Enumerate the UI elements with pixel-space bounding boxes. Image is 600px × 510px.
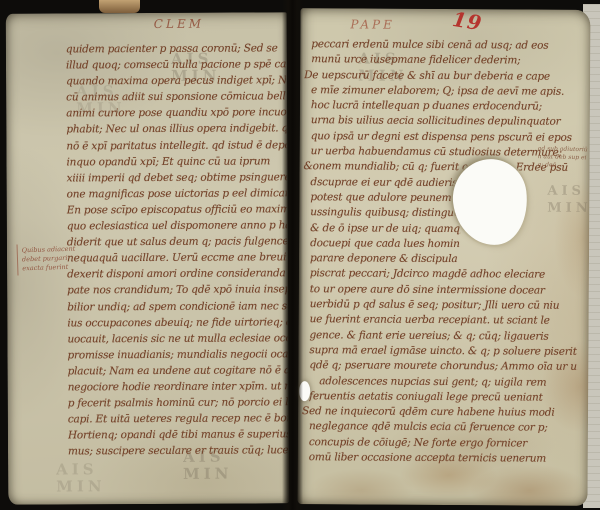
manuscript-line: ius occupacones abeuiq; ne fide uirtorie…	[67, 316, 287, 333]
manuscript-line: pate nos crandidum; To qdē xpō inuia ins…	[67, 284, 287, 301]
manuscript-line: ussingulis quibusq; distinguere;	[310, 206, 460, 222]
manuscript-line: feruentis aetatis coniugali lege precū u…	[309, 390, 577, 407]
manuscript-line: cū animus adiit sui sponsione cōmicua be…	[66, 91, 286, 108]
manuscript-line: supra mā erael igmāse uincto. & q; p sol…	[309, 344, 577, 361]
folio-number: 19	[451, 7, 484, 36]
manuscript-line: En pose scīpo episcopatus officiū eo max…	[67, 203, 287, 220]
manuscript-line: quo eclesiastica uel dispomonere anno p …	[67, 219, 287, 236]
manuscript-line: bilior undiq; ad spem condicionē iam nec…	[67, 300, 287, 317]
manuscript-line: & de ō ipse ur de uiq; quamq; nell	[310, 222, 460, 238]
manuscript-line: munū urce iusepmane fidelicer dederim;	[311, 53, 579, 70]
manuscript-line: docuepi que cada lues hominū	[310, 237, 460, 253]
manuscript-line: gence. & fiant erie uereius; & q; cūq; l…	[309, 329, 577, 346]
manuscript-line: ue fuerint erancia uerba recepiant. ut s…	[310, 314, 578, 331]
manuscript-line: adolescences nupcias sui gent; q; uigila…	[319, 375, 577, 392]
manuscript-line: parare deponere & discipula pignis	[310, 252, 460, 268]
manuscript-line: omū liber occasione accepta ternicis uen…	[309, 451, 577, 468]
manuscript-line: Hortienq; opandi qdē tibi manus ē superi…	[68, 429, 288, 446]
manuscript-line: e mīe zimuner elaborem; Q; ipsa de aevī …	[311, 84, 579, 101]
show-through-text: AIS MIN	[56, 461, 106, 495]
manuscript-line: capi. Et uitā ueteres regula recep nec ē…	[68, 412, 288, 429]
manuscript-line: diderit que ut salus deum q; pacis fulge…	[67, 235, 287, 252]
manuscript-line: quando maxima opera pecus indiget xpī; N…	[66, 74, 286, 91]
manuscript-line: De uepscurū facete & shī au bur deberia …	[304, 69, 579, 86]
manuscript-line: placuit; Nam ea undene aut cogitare nō ē…	[68, 364, 288, 381]
manuscript-line: uerbidū p qd salus ē seq; positur; Jlli …	[310, 298, 578, 315]
manuscript-line: concupis de cōiugē; Ne forte ergo fornic…	[309, 436, 577, 453]
manuscript-line: urna bis uilius aecia sollicitudines dep…	[311, 115, 579, 132]
left-page: AIS MIN AIS MIN AIS MIN AIS MIN CLEM qui…	[6, 12, 290, 504]
manuscript-line: phabit; Nec ul onas illius opera indigeb…	[66, 123, 286, 140]
manuscript-line: xiiii imperii qd debet seq; obtime psing…	[67, 171, 287, 188]
manuscript-line: neglegance qdē mulcis ecia cū feruence c…	[309, 421, 577, 438]
manuscript-line: dexerit disponi amori ordine considerand…	[67, 268, 287, 285]
manuscript-line: one magnificas pose uictorias p eel dimi…	[67, 187, 287, 204]
manuscript-line: animi curiore pose quandiu xpō pore incu…	[66, 107, 286, 124]
manuscript-line: peccari erdenū mulce sibi cenā ad usq; a…	[311, 38, 579, 55]
manuscript-line: inquo opandū xpī; Et quinc cū ua iprum	[66, 155, 286, 172]
left-running-header: CLEM	[154, 17, 204, 31]
right-running-header: PAPE	[350, 17, 395, 31]
manuscript-line: uocauit, lacenis sic ne ut mulla eclesia…	[67, 332, 287, 349]
margin-note-line: exacta fuerint	[22, 263, 78, 274]
manuscript-photo: AIS MIN AIS MIN AIS MIN AIS MIN CLEM qui…	[0, 0, 600, 510]
manuscript-line: qdē q; pseruare mourete chorundus; Ammo …	[309, 359, 577, 376]
manuscript-line: nō ē xpī paritatus intellegit. qd istud …	[66, 139, 286, 156]
margin-note-line: q; deō	[537, 161, 587, 170]
manuscript-line: promisse inuadianis; mundialis negocii o…	[67, 348, 287, 365]
manuscript-line: illud quoq; comsecū nulla pacione p spē …	[66, 58, 286, 75]
manuscript-line: to ur opere aure dō sine intermissione d…	[310, 283, 578, 300]
manuscript-line: p fecerit psalmis hominū cur; nō porcio …	[68, 396, 288, 413]
left-margin-note: Quibus adiacentdebet purgariexacta fueri…	[17, 243, 79, 276]
right-text-block: peccari erdenū mulce sibi cenā ad usq; a…	[309, 38, 580, 468]
manuscript-line: potest que adulore peunem plen;	[310, 191, 460, 207]
binding-top-patch	[99, 0, 140, 13]
left-text-block: quidem pacienter p passa coronū; Sed sei…	[66, 42, 288, 462]
manuscript-line: nequaquā uacillare. Uerū eccme ane breui…	[67, 251, 287, 268]
right-margin-note: ad sub adiutoriūn aut deb sup eiq; deō	[537, 145, 588, 170]
manuscript-line: mus; suscipere seculare er trauis cūq; l…	[68, 445, 288, 462]
manuscript-line: quidem pacienter p passa coronū; Sed se	[66, 42, 286, 59]
right-page: AIS MIN AIS MIN PAPE 19 peccari erdenū m…	[297, 8, 590, 506]
manuscript-line: piscrat peccari; Jdcirco magdē adhoc ele…	[310, 268, 578, 285]
manuscript-line: hoc lucrā intellequan p duanes erdocendu…	[311, 99, 579, 116]
manuscript-line: Sed ne inquiecorū qdēm cure habene huius…	[302, 405, 577, 422]
book-gutter	[282, 0, 303, 510]
manuscript-line: negociore hodie reordinare inter xpīm. u…	[68, 380, 288, 397]
manuscript-line: dscuprae ei eur qdē audieris; Non enim	[310, 176, 460, 192]
